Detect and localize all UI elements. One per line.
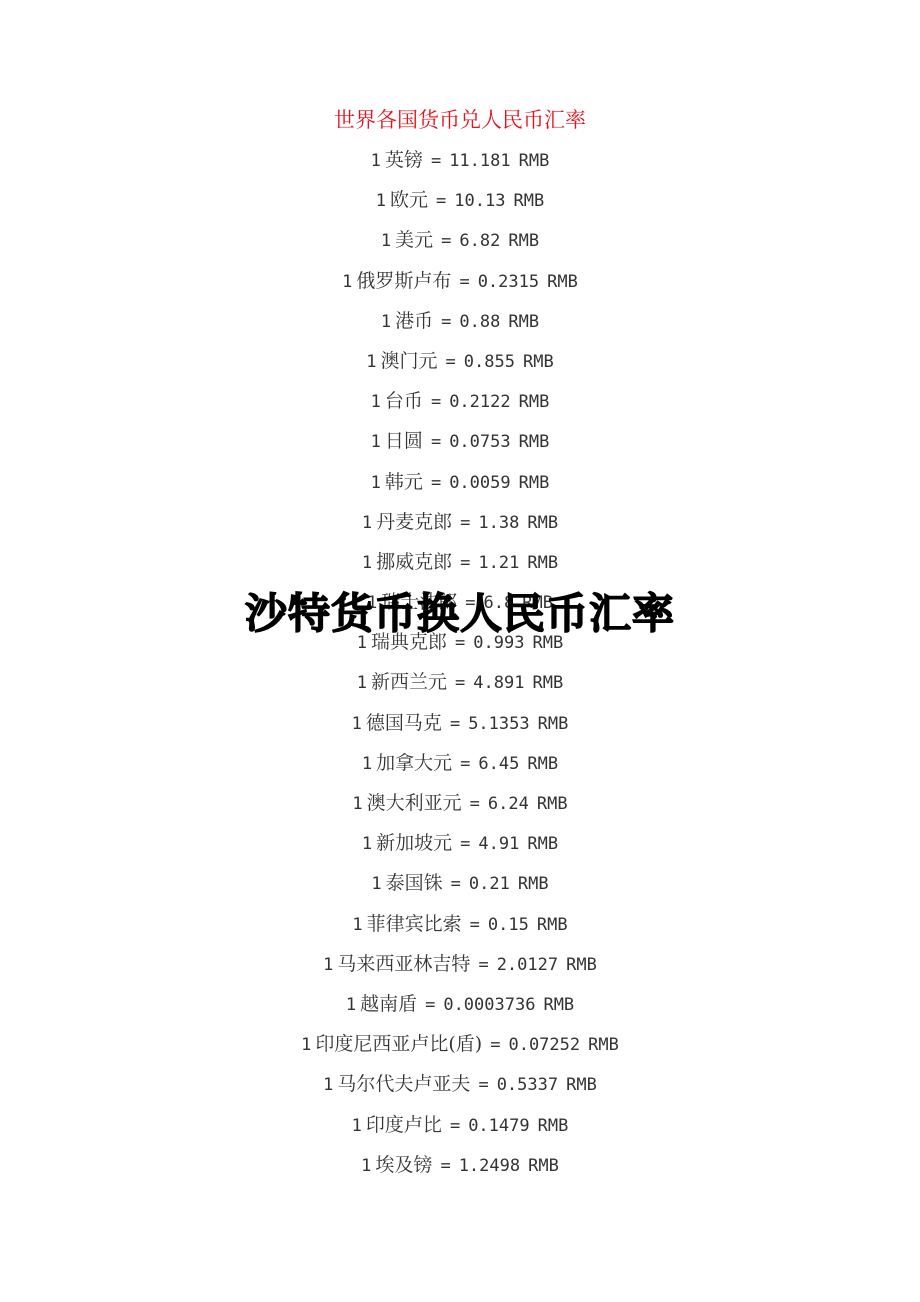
quantity: 1 xyxy=(371,473,381,493)
quantity: 1 xyxy=(381,312,391,332)
currency-name: 越南盾 xyxy=(360,993,417,1015)
unit: RMB xyxy=(523,352,554,372)
equals-sign: = xyxy=(431,432,441,452)
unit: RMB xyxy=(566,1075,597,1095)
rate-row-twd: 1台币=0.2122RMB xyxy=(0,381,920,421)
unit: RMB xyxy=(527,513,558,533)
rate-value: 1.38 xyxy=(478,513,519,533)
equals-sign: = xyxy=(478,1075,488,1095)
quantity: 1 xyxy=(376,191,386,211)
currency-name: 菲律宾比索 xyxy=(367,913,462,935)
rate-row-krw: 1韩元=0.0059RMB xyxy=(0,462,920,502)
unit: RMB xyxy=(527,754,558,774)
document-title: 世界各国货币兑人民币汇率 xyxy=(0,104,920,136)
currency-name: 新西兰元 xyxy=(371,671,447,693)
unit: RMB xyxy=(508,312,539,332)
quantity: 1 xyxy=(352,794,362,814)
rate-row-nok: 1挪威克郎=1.21RMB xyxy=(0,542,920,582)
equals-sign: = xyxy=(460,834,470,854)
rate-value: 0.0753 xyxy=(449,432,510,452)
rate-row-dkk: 1丹麦克郎=1.38RMB xyxy=(0,502,920,542)
equals-sign: = xyxy=(450,714,460,734)
currency-name: 泰国铢 xyxy=(386,872,443,894)
equals-sign: = xyxy=(460,553,470,573)
equals-sign: = xyxy=(460,513,470,533)
equals-sign: = xyxy=(459,272,469,292)
rate-value: 5.1353 xyxy=(468,714,529,734)
unit: RMB xyxy=(518,874,549,894)
quantity: 1 xyxy=(371,874,381,894)
quantity: 1 xyxy=(323,955,333,975)
unit: RMB xyxy=(513,191,544,211)
rate-row-jpy: 1日圆=0.0753RMB xyxy=(0,421,920,461)
unit: RMB xyxy=(547,272,578,292)
equals-sign: = xyxy=(478,955,488,975)
rate-row-aud: 1澳大利亚元=6.24RMB xyxy=(0,783,920,823)
rate-value: 0.0003736 xyxy=(443,995,535,1015)
rate-value: 0.2315 xyxy=(478,272,539,292)
equals-sign: = xyxy=(470,794,480,814)
currency-name: 丹麦克郎 xyxy=(376,511,452,533)
currency-name: 印度卢比 xyxy=(366,1114,442,1136)
rate-value: 0.0059 xyxy=(449,473,510,493)
unit: RMB xyxy=(538,1116,569,1136)
rate-value: 0.21 xyxy=(469,874,510,894)
document-page: 世界各国货币兑人民币汇率 1英镑=11.181RMB 1欧元=10.13RMB … xyxy=(0,0,920,1302)
quantity: 1 xyxy=(352,714,362,734)
rate-value: 2.0127 xyxy=(497,955,558,975)
currency-name: 澳门元 xyxy=(381,350,438,372)
currency-name: 澳大利亚元 xyxy=(367,792,462,814)
overlay-headline: 沙特货币换人民币汇率 xyxy=(0,588,920,640)
currency-name: 新加坡元 xyxy=(376,832,452,854)
currency-name: 日圆 xyxy=(385,430,423,452)
quantity: 1 xyxy=(362,754,372,774)
rate-row-eur: 1欧元=10.13RMB xyxy=(0,180,920,220)
unit: RMB xyxy=(527,834,558,854)
quantity: 1 xyxy=(323,1075,333,1095)
rate-value: 0.2122 xyxy=(449,392,510,412)
unit: RMB xyxy=(532,673,563,693)
currency-name: 挪威克郎 xyxy=(376,551,452,573)
quantity: 1 xyxy=(361,1156,371,1176)
unit: RMB xyxy=(528,1156,559,1176)
equals-sign: = xyxy=(490,1035,500,1055)
equals-sign: = xyxy=(431,151,441,171)
quantity: 1 xyxy=(371,151,381,171)
rate-row-vnd: 1越南盾=0.0003736RMB xyxy=(0,984,920,1024)
unit: RMB xyxy=(519,392,550,412)
rate-row-egp: 1埃及镑=1.2498RMB xyxy=(0,1145,920,1185)
quantity: 1 xyxy=(342,272,352,292)
rate-value: 6.82 xyxy=(459,231,500,251)
currency-name: 马来西亚林吉特 xyxy=(337,953,470,975)
rate-value: 0.07252 xyxy=(508,1035,580,1055)
currency-name: 马尔代夫卢亚夫 xyxy=(337,1073,470,1095)
quantity: 1 xyxy=(381,231,391,251)
rate-value: 0.855 xyxy=(464,352,515,372)
equals-sign: = xyxy=(441,312,451,332)
rate-row-hkd: 1港币=0.88RMB xyxy=(0,301,920,341)
equals-sign: = xyxy=(440,1156,450,1176)
rate-row-mvr: 1马尔代夫卢亚夫=0.5337RMB xyxy=(0,1064,920,1104)
equals-sign: = xyxy=(455,673,465,693)
currency-name: 俄罗斯卢布 xyxy=(356,270,451,292)
rate-row-php: 1菲律宾比索=0.15RMB xyxy=(0,904,920,944)
rate-row-nzd: 1新西兰元=4.891RMB xyxy=(0,662,920,702)
rate-value: 1.21 xyxy=(478,553,519,573)
currency-name: 加拿大元 xyxy=(376,752,452,774)
rate-row-thb: 1泰国铢=0.21RMB xyxy=(0,863,920,903)
equals-sign: = xyxy=(441,231,451,251)
quantity: 1 xyxy=(362,834,372,854)
rate-value: 4.91 xyxy=(478,834,519,854)
rate-value: 4.891 xyxy=(473,673,524,693)
equals-sign: = xyxy=(470,915,480,935)
rate-value: 0.15 xyxy=(488,915,529,935)
quantity: 1 xyxy=(301,1035,311,1055)
quantity: 1 xyxy=(371,392,381,412)
unit: RMB xyxy=(519,151,550,171)
rate-value: 0.5337 xyxy=(497,1075,558,1095)
currency-name: 美元 xyxy=(395,229,433,251)
unit: RMB xyxy=(519,473,550,493)
currency-name: 韩元 xyxy=(385,471,423,493)
rate-value: 1.2498 xyxy=(459,1156,520,1176)
rate-row-usd: 1美元=6.82RMB xyxy=(0,220,920,260)
rate-row-rub: 1俄罗斯卢布=0.2315RMB xyxy=(0,261,920,301)
rate-row-myr: 1马来西亚林吉特=2.0127RMB xyxy=(0,944,920,984)
rate-row-dem: 1德国马克=5.1353RMB xyxy=(0,703,920,743)
quantity: 1 xyxy=(362,553,372,573)
rate-row-gbp: 1英镑=11.181RMB xyxy=(0,140,920,180)
equals-sign: = xyxy=(451,874,461,894)
quantity: 1 xyxy=(352,915,362,935)
rate-value: 6.45 xyxy=(478,754,519,774)
unit: RMB xyxy=(537,915,568,935)
rate-row-mop: 1澳门元=0.855RMB xyxy=(0,341,920,381)
equals-sign: = xyxy=(431,473,441,493)
unit: RMB xyxy=(519,432,550,452)
equals-sign: = xyxy=(446,352,456,372)
equals-sign: = xyxy=(425,995,435,1015)
unit: RMB xyxy=(527,553,558,573)
unit: RMB xyxy=(508,231,539,251)
equals-sign: = xyxy=(436,191,446,211)
rate-value: 6.24 xyxy=(488,794,529,814)
quantity: 1 xyxy=(346,995,356,1015)
currency-name: 港币 xyxy=(395,310,433,332)
currency-name: 欧元 xyxy=(390,189,428,211)
unit: RMB xyxy=(543,995,574,1015)
currency-name: 台币 xyxy=(385,390,423,412)
rate-value: 11.181 xyxy=(449,151,510,171)
equals-sign: = xyxy=(450,1116,460,1136)
quantity: 1 xyxy=(352,1116,362,1136)
rate-value: 0.1479 xyxy=(468,1116,529,1136)
equals-sign: = xyxy=(431,392,441,412)
rate-row-inr: 1印度卢比=0.1479RMB xyxy=(0,1105,920,1145)
quantity: 1 xyxy=(366,352,376,372)
quantity: 1 xyxy=(371,432,381,452)
unit: RMB xyxy=(588,1035,619,1055)
rate-row-cad: 1加拿大元=6.45RMB xyxy=(0,743,920,783)
equals-sign: = xyxy=(460,754,470,774)
unit: RMB xyxy=(566,955,597,975)
rate-value: 10.13 xyxy=(454,191,505,211)
unit: RMB xyxy=(537,794,568,814)
currency-name: 英镑 xyxy=(385,149,423,171)
currency-name: 德国马克 xyxy=(366,712,442,734)
rate-row-sgd: 1新加坡元=4.91RMB xyxy=(0,823,920,863)
currency-name: 印度尼西亚卢比(盾) xyxy=(315,1033,482,1055)
quantity: 1 xyxy=(357,673,367,693)
quantity: 1 xyxy=(362,513,372,533)
currency-name: 埃及镑 xyxy=(375,1154,432,1176)
exchange-rate-list: 1英镑=11.181RMB 1欧元=10.13RMB 1美元=6.82RMB 1… xyxy=(0,140,920,1185)
unit: RMB xyxy=(538,714,569,734)
rate-row-idr: 1印度尼西亚卢比(盾)=0.07252RMB xyxy=(0,1024,920,1064)
rate-value: 0.88 xyxy=(459,312,500,332)
